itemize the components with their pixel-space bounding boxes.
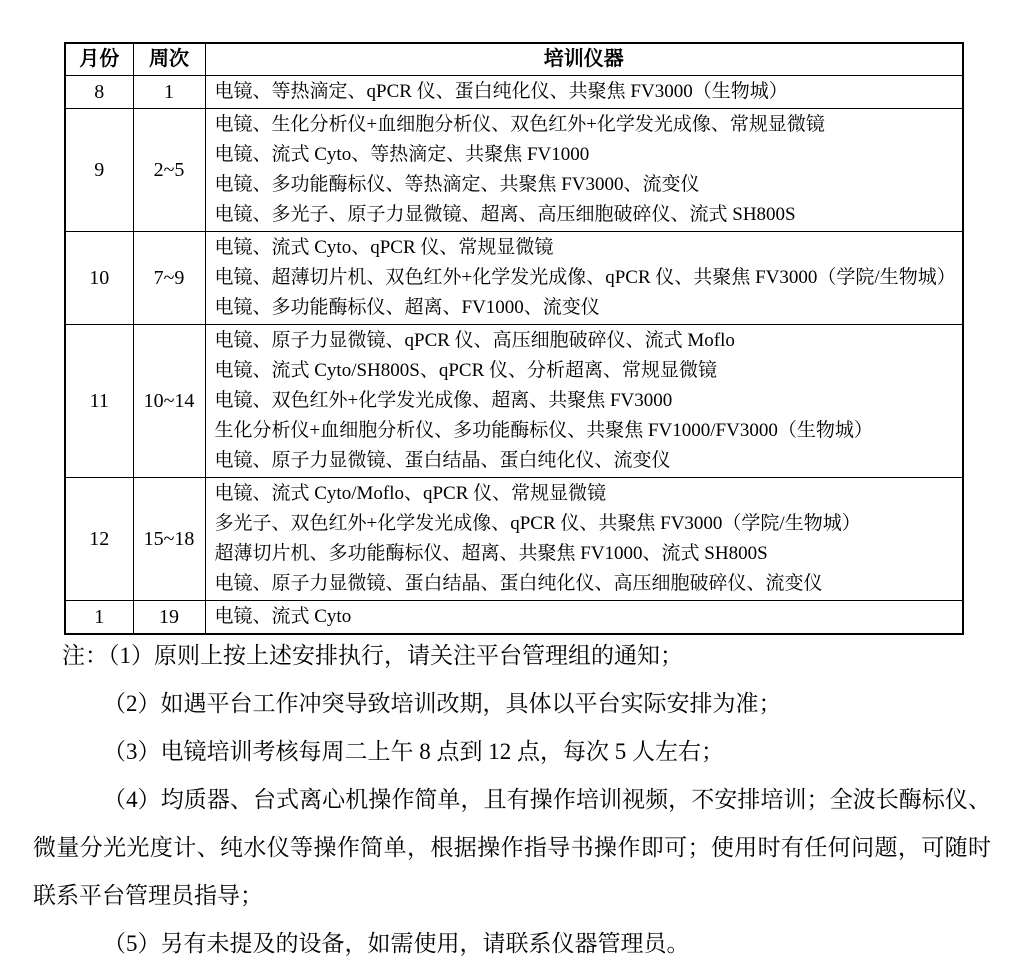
- instrument-line: 电镜、流式 Cyto、等热滴定、共聚焦 FV1000: [215, 140, 957, 170]
- week-cell: 7~9: [133, 232, 205, 325]
- instrument-line: 电镜、原子力显微镜、qPCR 仪、高压细胞破碎仪、流式 Moflo: [215, 326, 957, 356]
- week-cell: 2~5: [133, 109, 205, 232]
- table-row: 12 15~18 电镜、流式 Cyto/Moflo、qPCR 仪、常规显微镜 多…: [65, 478, 963, 601]
- column-header-week: 周次: [133, 43, 205, 76]
- instruments-cell: 电镜、流式 Cyto、qPCR 仪、常规显微镜 电镜、超薄切片机、双色红外+化学…: [205, 232, 963, 325]
- instrument-line: 电镜、多功能酶标仪、超离、FV1000、流变仪: [215, 293, 957, 323]
- instrument-line: 电镜、多功能酶标仪、等热滴定、共聚焦 FV3000、流变仪: [215, 170, 957, 200]
- instrument-line: 电镜、流式 Cyto/SH800S、qPCR 仪、分析超离、常规显微镜: [215, 356, 957, 386]
- training-schedule-table: 月份 周次 培训仪器 8 1 电镜、等热滴定、qPCR 仪、蛋白纯化仪、共聚焦 …: [64, 42, 964, 635]
- instruments-cell: 电镜、流式 Cyto/Moflo、qPCR 仪、常规显微镜 多光子、双色红外+化…: [205, 478, 963, 601]
- note-item-5: （5）另有未提及的设备，如需使用，请联系仪器管理员。: [33, 920, 991, 968]
- instrument-line: 电镜、流式 Cyto: [215, 602, 957, 632]
- instrument-line: 生化分析仪+血细胞分析仪、多功能酶标仪、共聚焦 FV1000/FV3000（生物…: [215, 416, 957, 446]
- table-header-row: 月份 周次 培训仪器: [65, 43, 963, 76]
- column-header-month: 月份: [65, 43, 133, 76]
- table-row: 8 1 电镜、等热滴定、qPCR 仪、蛋白纯化仪、共聚焦 FV3000（生物城）: [65, 76, 963, 109]
- document-page: 月份 周次 培训仪器 8 1 电镜、等热滴定、qPCR 仪、蛋白纯化仪、共聚焦 …: [0, 0, 1024, 972]
- week-cell: 1: [133, 76, 205, 109]
- table-row: 10 7~9 电镜、流式 Cyto、qPCR 仪、常规显微镜 电镜、超薄切片机、…: [65, 232, 963, 325]
- column-header-instruments: 培训仪器: [205, 43, 963, 76]
- instruments-cell: 电镜、流式 Cyto: [205, 601, 963, 635]
- instrument-line: 电镜、等热滴定、qPCR 仪、蛋白纯化仪、共聚焦 FV3000（生物城）: [215, 77, 957, 107]
- note-item-3: （3）电镜培训考核每周二上午 8 点到 12 点，每次 5 人左右；: [33, 728, 991, 776]
- table-row: 1 19 电镜、流式 Cyto: [65, 601, 963, 635]
- table-row: 11 10~14 电镜、原子力显微镜、qPCR 仪、高压细胞破碎仪、流式 Mof…: [65, 325, 963, 478]
- note-text: （1）原则上按上述安排执行，请关注平台管理组的通知；: [108, 643, 683, 668]
- week-cell: 15~18: [133, 478, 205, 601]
- instruments-cell: 电镜、原子力显微镜、qPCR 仪、高压细胞破碎仪、流式 Moflo 电镜、流式 …: [205, 325, 963, 478]
- instrument-line: 电镜、原子力显微镜、蛋白结晶、蛋白纯化仪、流变仪: [215, 446, 957, 476]
- notes-section: 注：（1）原则上按上述安排执行，请关注平台管理组的通知； （2）如遇平台工作冲突…: [33, 632, 991, 968]
- week-cell: 19: [133, 601, 205, 635]
- instrument-line: 电镜、流式 Cyto、qPCR 仪、常规显微镜: [215, 233, 957, 263]
- instruments-cell: 电镜、生化分析仪+血细胞分析仪、双色红外+化学发光成像、常规显微镜 电镜、流式 …: [205, 109, 963, 232]
- instrument-line: 电镜、多光子、原子力显微镜、超离、高压细胞破碎仪、流式 SH800S: [215, 200, 957, 230]
- instrument-line: 电镜、原子力显微镜、蛋白结晶、蛋白纯化仪、高压细胞破碎仪、流变仪: [215, 569, 957, 599]
- instruments-cell: 电镜、等热滴定、qPCR 仪、蛋白纯化仪、共聚焦 FV3000（生物城）: [205, 76, 963, 109]
- note-item-4: （4）均质器、台式离心机操作简单，且有操作培训视频，不安排培训；全波长酶标仪、微…: [33, 776, 991, 920]
- table-row: 9 2~5 电镜、生化分析仪+血细胞分析仪、双色红外+化学发光成像、常规显微镜 …: [65, 109, 963, 232]
- note-prefix: 注：: [62, 643, 108, 668]
- instrument-line: 电镜、流式 Cyto/Moflo、qPCR 仪、常规显微镜: [215, 479, 957, 509]
- month-cell: 9: [65, 109, 133, 232]
- month-cell: 1: [65, 601, 133, 635]
- instrument-line: 多光子、双色红外+化学发光成像、qPCR 仪、共聚焦 FV3000（学院/生物城…: [215, 509, 957, 539]
- note-item-2: （2）如遇平台工作冲突导致培训改期，具体以平台实际安排为准；: [33, 680, 991, 728]
- month-cell: 12: [65, 478, 133, 601]
- instrument-line: 超薄切片机、多功能酶标仪、超离、共聚焦 FV1000、流式 SH800S: [215, 539, 957, 569]
- instrument-line: 电镜、生化分析仪+血细胞分析仪、双色红外+化学发光成像、常规显微镜: [215, 110, 957, 140]
- month-cell: 8: [65, 76, 133, 109]
- month-cell: 11: [65, 325, 133, 478]
- instrument-line: 电镜、超薄切片机、双色红外+化学发光成像、qPCR 仪、共聚焦 FV3000（学…: [215, 263, 957, 293]
- note-item-1: 注：（1）原则上按上述安排执行，请关注平台管理组的通知；: [33, 632, 991, 680]
- week-cell: 10~14: [133, 325, 205, 478]
- month-cell: 10: [65, 232, 133, 325]
- instrument-line: 电镜、双色红外+化学发光成像、超离、共聚焦 FV3000: [215, 386, 957, 416]
